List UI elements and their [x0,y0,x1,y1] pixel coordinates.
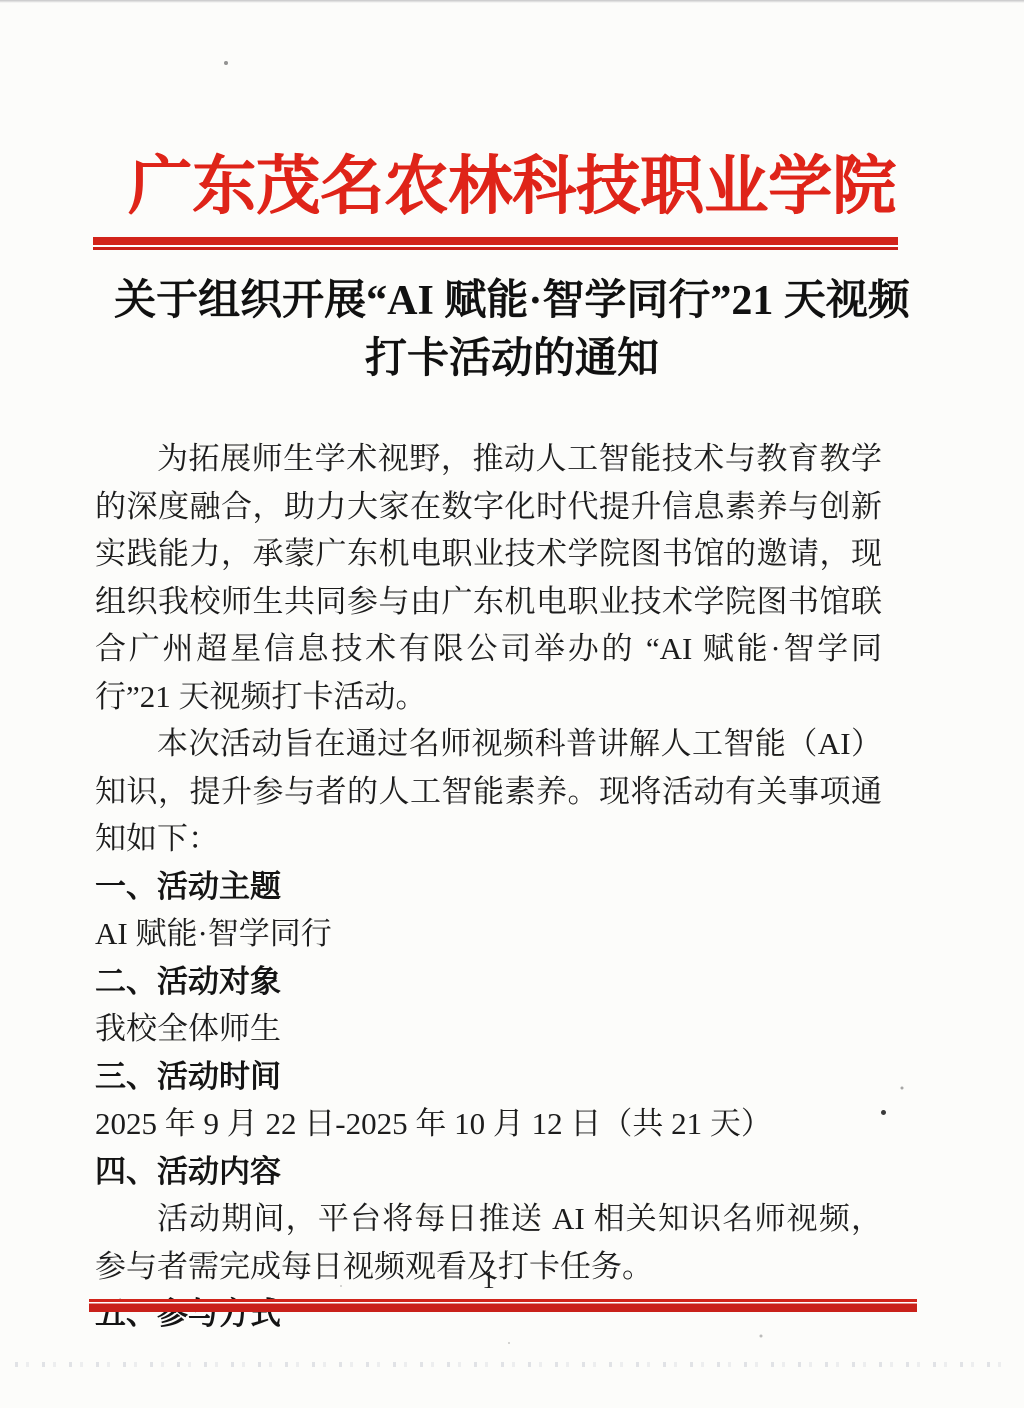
scan-edge-artifact [0,0,1024,3]
scan-speckles-artifact [0,0,2,2]
document-body: 为拓展师生学术视野，推动人工智能技术与教育教学的深度融合，助力大家在数字化时代提… [95,435,882,1338]
scan-dot-artifact [881,1110,886,1115]
footer-divider-rule [89,1299,917,1312]
section-heading-content: 四、活动内容 [95,1148,882,1196]
section-value-theme: AI 赋能·智学同行 [95,910,882,958]
document-title: 关于组织开展“AI 赋能·智学同行”21 天视频打卡活动的通知 [62,272,962,388]
scan-noise-band-artifact [15,1362,1009,1367]
section-heading-method: 五、参与方式 [95,1290,882,1338]
scanned-notice-page: 广东茂名农林科技职业学院 关于组织开展“AI 赋能·智学同行”21 天视频打卡活… [0,0,1024,1408]
letterhead-title: 广东茂名农林科技职业学院 [0,142,1024,232]
section-heading-target: 二、活动对象 [95,958,882,1006]
section-heading-time: 三、活动时间 [95,1053,882,1101]
document-title-line2: 打卡活动的通知 [365,336,659,382]
page-number: 1 [95,1266,882,1296]
section-value-target: 我校全体师生 [95,1005,882,1053]
section-heading-theme: 一、活动主题 [95,863,882,911]
document-title-line1: 关于组织开展“AI 赋能·智学同行”21 天视频 [114,278,910,324]
section-value-time: 2025 年 9 月 22 日-2025 年 10 月 12 日（共 21 天） [95,1100,882,1148]
paragraph-purpose: 本次活动旨在通过名师视频科普讲解人工智能（AI）知识，提升参与者的人工智能素养。… [95,720,882,863]
letterhead-divider-rule [93,237,898,250]
paragraph-intro: 为拓展师生学术视野，推动人工智能技术与教育教学的深度融合，助力大家在数字化时代提… [95,435,882,720]
